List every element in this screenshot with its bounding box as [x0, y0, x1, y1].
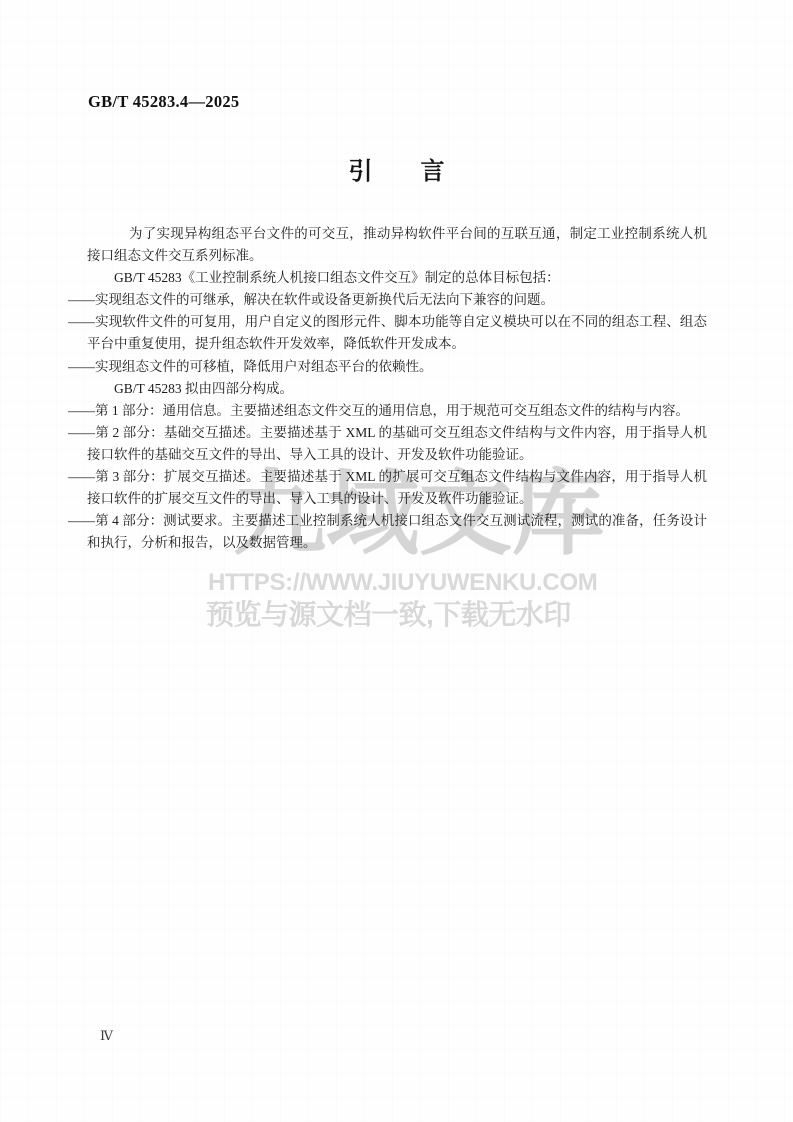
dash-item-part4: ——第 4 部分：测试要求。主要描述工业控制系统人机接口组态文件交互测试流程，测…	[87, 510, 707, 554]
paragraph-parts-lead: GB/T 45283 拟由四部分构成。	[87, 378, 707, 400]
dash-item-part1: ——第 1 部分：通用信息。主要描述组态文件交互的通用信息，用于规范可交互组态文…	[87, 400, 707, 422]
watermark-note-text: 预览与源文档一致,下载无水印	[206, 601, 571, 629]
body-text: 为了实现异构组态平台文件的可交互，推动异构软件平台间的互联互通，制定工业控制系统…	[87, 223, 707, 554]
dash-item-reuse: ——实现软件文件的可复用，用户自定义的图形元件、脚本功能等自定义模块可以在不同的…	[87, 311, 707, 355]
document-page: 九域文库 HTTPS://WWW.JIUYUWENKU.COM 预览与源文档一致…	[0, 0, 793, 1122]
page-title: 引 言	[0, 158, 793, 187]
watermark-url-text: HTTPS://WWW.JIUYUWENKU.COM	[208, 571, 598, 595]
dash-item-portable: ——实现组态文件的可移植，降低用户对组态平台的依赖性。	[87, 356, 707, 378]
dash-item-inherit: ——实现组态文件的可继承，解决在软件或设备更新换代后无法向下兼容的问题。	[87, 289, 707, 311]
paragraph-goals-lead: GB/T 45283《工业控制系统人机接口组态文件交互》制定的总体目标包括：	[87, 267, 707, 289]
paragraph-intro: 为了实现异构组态平台文件的可交互，推动异构软件平台间的互联互通，制定工业控制系统…	[87, 223, 707, 267]
page-number: Ⅳ	[100, 1028, 113, 1044]
dash-item-part2: ——第 2 部分：基础交互描述。主要描述基于 XML 的基础可交互组态文件结构与…	[87, 422, 707, 466]
standard-number: GB/T 45283.4—2025	[88, 92, 239, 112]
dash-item-part3: ——第 3 部分：扩展交互描述。主要描述基于 XML 的扩展可交互组态文件结构与…	[87, 466, 707, 510]
